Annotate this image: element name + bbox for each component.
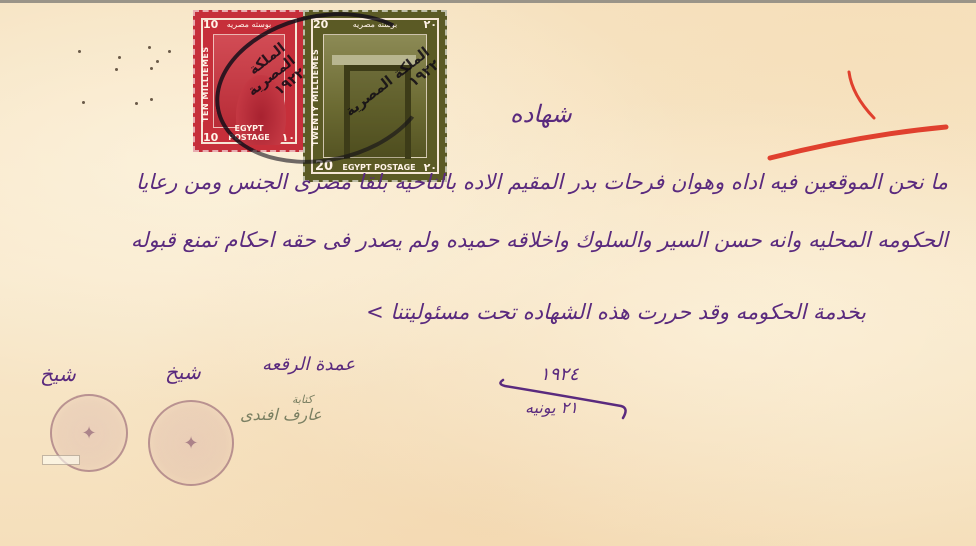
stamp-value-arabic-top: ٢٠: [424, 18, 437, 31]
stamp-value-text: TEN MILLIEMES: [201, 42, 210, 122]
signature-label-1: شيخ: [40, 362, 76, 386]
page-number-mark: ١: [842, 62, 843, 63]
seal-text: ✦: [150, 402, 232, 484]
seal-stamp-2: ✦: [148, 400, 234, 486]
seal-smudge: [42, 455, 80, 465]
scan-edge: [0, 0, 976, 3]
body-line-2: الحكومه المحليه وانه حسن السير والسلوك و…: [18, 228, 948, 252]
signature-label-2: شيخ: [165, 360, 201, 384]
stamp-value-top: 10: [203, 18, 218, 31]
pencil-note-line-2: عارف افندى: [240, 405, 322, 424]
body-line-1: ما نحن الموقعين فيه اداه وهوان فرحات بدر…: [18, 170, 948, 194]
document-title: شهاده: [510, 100, 572, 128]
signature-label-3: عمدة الرقعه: [262, 354, 355, 375]
body-line-3: بخدمة الحكومه وقد حررت هذه الشهاده تحت م…: [366, 300, 866, 324]
date-day-month: ٢١ يونيه: [525, 398, 578, 417]
red-pencil-mark: [760, 60, 976, 170]
